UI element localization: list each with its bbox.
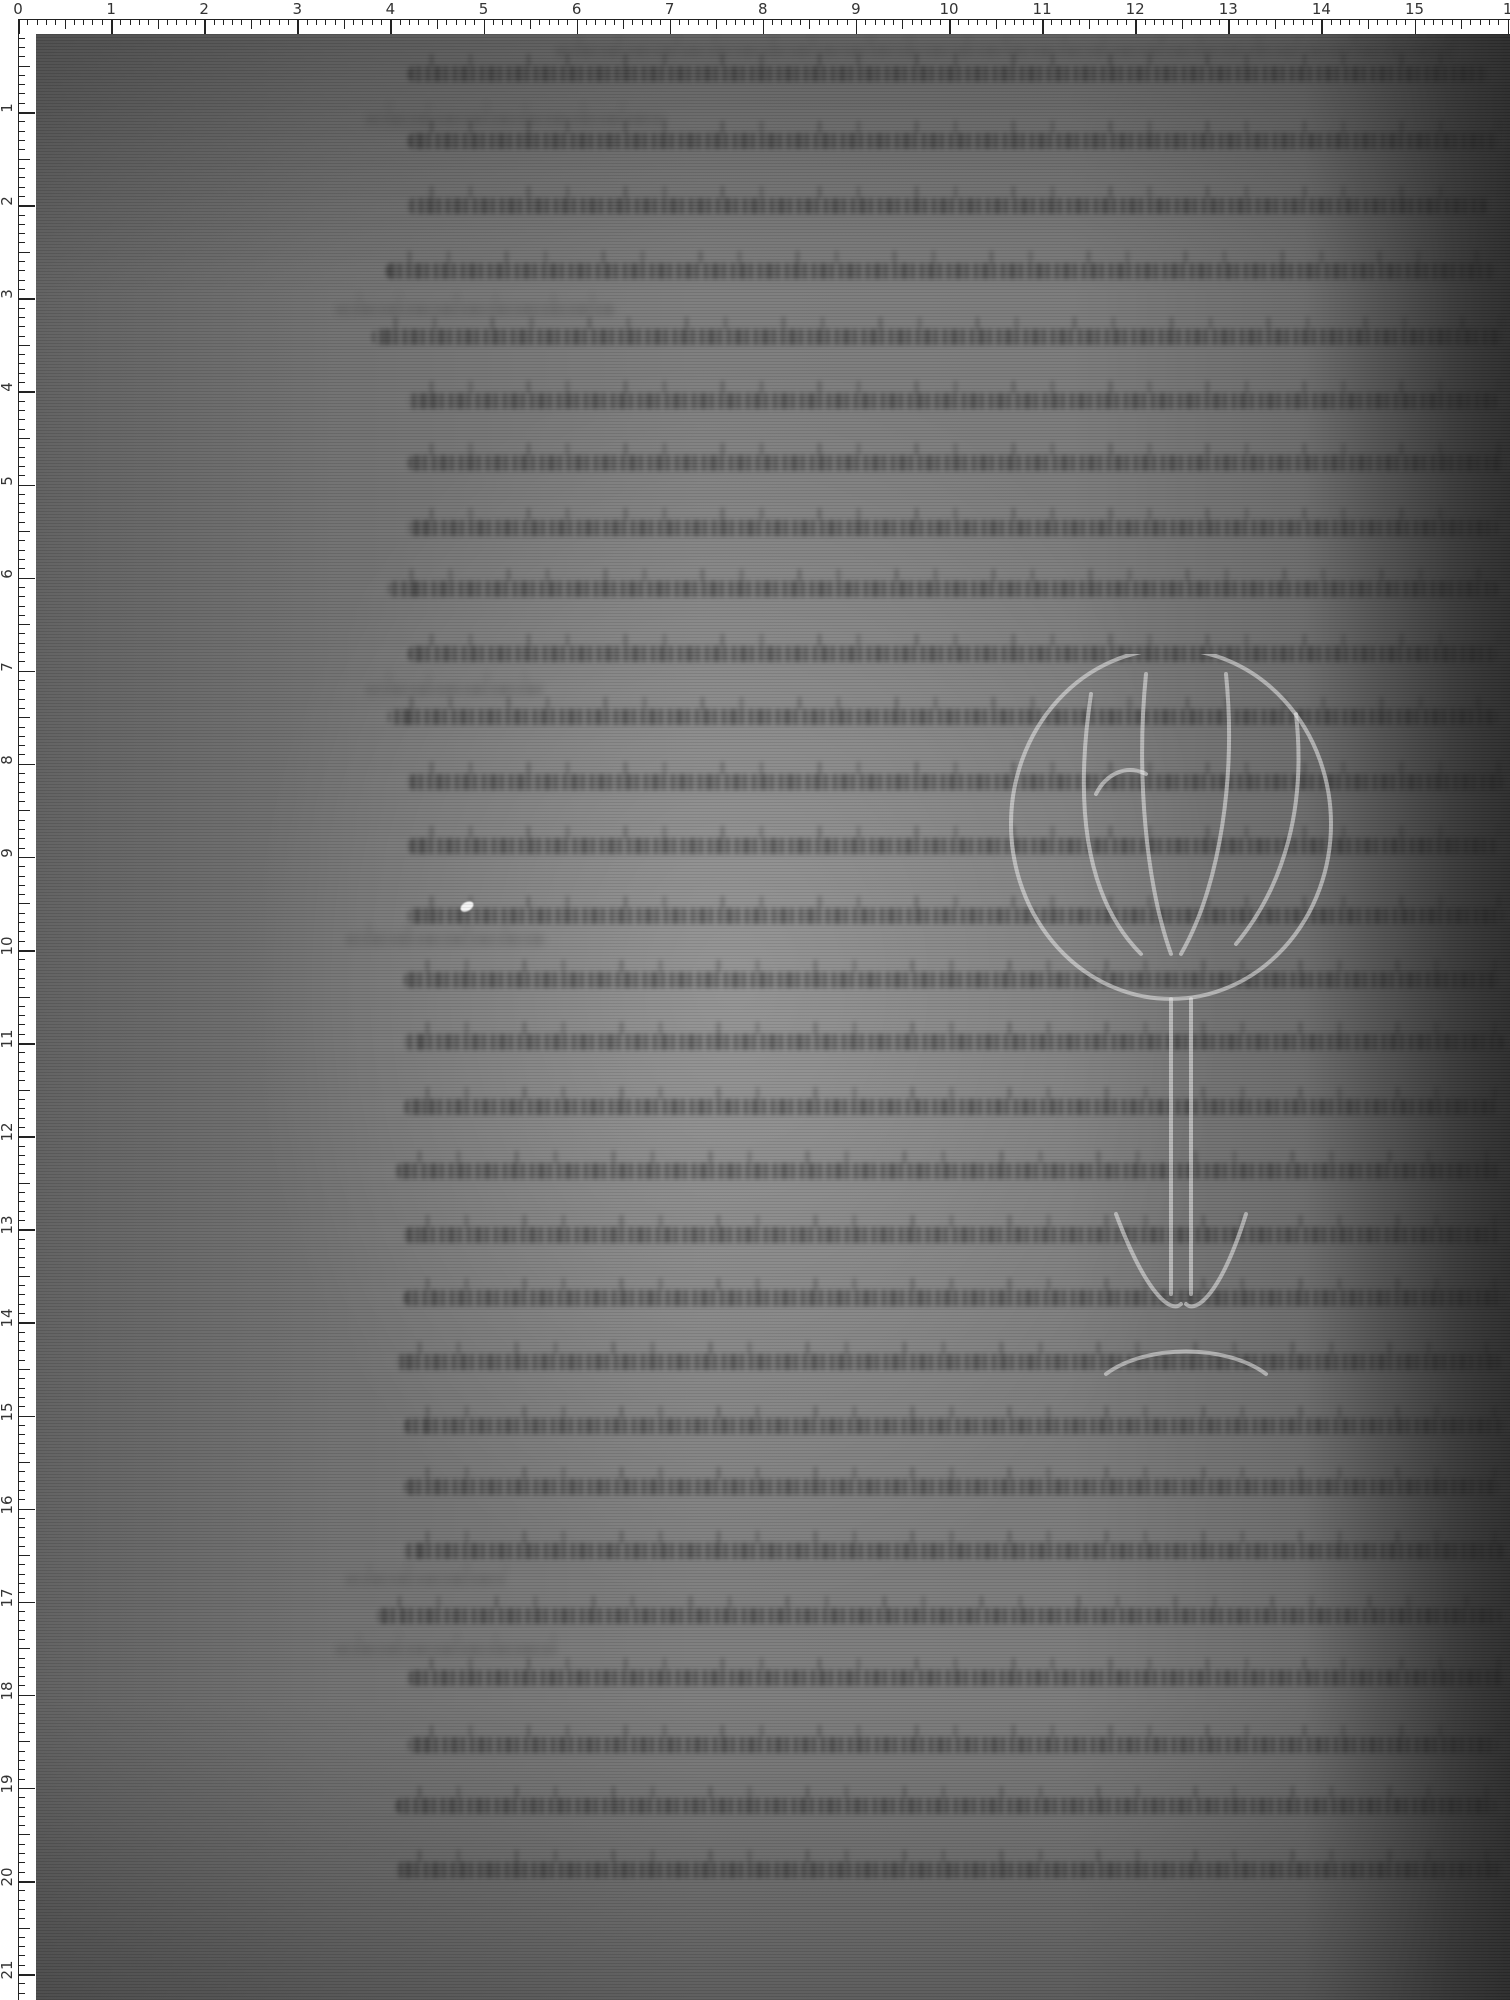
ruler-tick	[1172, 20, 1173, 25]
ruler-tick	[19, 782, 25, 783]
ruler-tick	[1070, 20, 1071, 25]
ruler-tick	[241, 20, 242, 25]
ruler-tick	[1424, 20, 1425, 25]
ruler-tick	[19, 1639, 25, 1640]
ruler-tick	[456, 20, 457, 25]
ruler-tick	[19, 587, 25, 588]
ruler-tick	[19, 1490, 25, 1491]
ruler-tick	[19, 261, 25, 262]
ruler-tick	[19, 829, 25, 830]
ruler-tick	[1079, 20, 1080, 25]
ruler-tick	[19, 978, 25, 979]
ruler-label: 17	[0, 1588, 15, 1607]
ruler-tick	[92, 20, 93, 25]
ruler-tick	[19, 485, 35, 487]
ruler-tick	[19, 1695, 35, 1697]
ruler-tick	[19, 1918, 25, 1919]
ruler-tick	[19, 1732, 25, 1733]
ruler-tick	[921, 20, 922, 25]
ruler-tick	[400, 20, 401, 25]
ruler-tick	[19, 699, 25, 700]
ruler-tick	[19, 475, 25, 476]
ruler-tick	[19, 429, 25, 430]
ruler-label: 13	[0, 1216, 15, 1235]
ruler-tick	[19, 792, 25, 793]
ruler-tick	[1145, 20, 1146, 25]
ruler-tick	[19, 1425, 25, 1426]
ruler-tick	[19, 969, 25, 970]
ruler-tick	[716, 20, 717, 29]
ruler-tick	[605, 20, 606, 25]
ruler-tick	[19, 512, 25, 513]
manuscript-text-line	[408, 455, 1503, 471]
ruler-tick	[1266, 20, 1267, 25]
ruler-tick	[19, 643, 25, 644]
ruler-tick	[19, 1648, 30, 1649]
ruler-tick	[19, 1332, 25, 1333]
ruler-tick	[19, 866, 25, 867]
ruler-tick	[418, 20, 419, 25]
ruler-tick	[19, 1667, 25, 1668]
ruler-tick	[19, 1937, 25, 1938]
ruler-tick	[19, 298, 35, 300]
ruler-tick	[1377, 20, 1378, 25]
ruler-tick	[19, 531, 30, 532]
ruler-tick	[1293, 20, 1294, 25]
ruler-tick	[19, 550, 25, 551]
ruler-tick	[19, 1983, 25, 1984]
ruler-tick	[902, 20, 903, 29]
ruler-tick	[19, 466, 25, 467]
ruler-tick	[1442, 20, 1443, 25]
ruler-label: 14	[0, 1309, 15, 1328]
ruler-tick	[19, 522, 25, 523]
ruler-tick	[1433, 20, 1434, 25]
ruler-tick	[19, 1555, 30, 1556]
ruler-label: 6	[0, 569, 15, 579]
ruler-tick	[232, 20, 233, 25]
ruler-tick	[19, 1723, 25, 1724]
ruler-tick	[19, 391, 35, 393]
ruler-tick	[1396, 20, 1397, 25]
ruler-tick	[19, 1751, 25, 1752]
ruler-tick	[595, 20, 596, 25]
ruler-tick	[19, 1378, 25, 1379]
ruler-tick	[1033, 20, 1034, 25]
ruler-tick	[1014, 20, 1015, 25]
ruler-label: 11	[0, 1030, 15, 1049]
ruler-tick	[753, 20, 754, 25]
ruler-tick	[19, 1928, 30, 1929]
ruler-tick	[1061, 20, 1062, 25]
ruler-tick	[19, 838, 25, 839]
ruler-tick	[19, 624, 30, 625]
ruler-tick	[19, 1788, 35, 1790]
ruler-tick	[19, 615, 25, 616]
ruler-tick	[55, 20, 56, 25]
ruler-tick	[19, 1397, 25, 1398]
ruler-tick	[19, 922, 25, 923]
ruler-tick	[986, 20, 987, 25]
ruler-tick	[19, 1313, 25, 1314]
ruler-tick	[19, 885, 25, 886]
ruler-tick	[19, 1760, 25, 1761]
ruler-tick	[19, 503, 25, 504]
ruler-tick	[19, 1583, 25, 1584]
ruler-tick	[1489, 20, 1490, 25]
manuscript-text-line	[404, 1479, 1499, 1495]
faded-text-line	[336, 304, 616, 316]
ruler-tick	[19, 848, 25, 849]
ruler-tick	[1089, 20, 1090, 29]
ruler-tick	[390, 20, 392, 34]
ruler-tick	[19, 84, 25, 85]
ruler-tick	[530, 20, 531, 29]
ruler-tick	[19, 1713, 25, 1714]
ruler-tick	[19, 401, 25, 402]
ruler-tick	[19, 1118, 25, 1119]
ruler-tick	[19, 1080, 25, 1081]
ruler-tick	[1238, 20, 1239, 25]
ruler-tick	[307, 20, 308, 25]
ruler-tick	[19, 1304, 25, 1305]
ruler-tick	[19, 1183, 30, 1184]
ruler-tick	[819, 20, 820, 25]
ruler-label: 12	[0, 1123, 15, 1142]
ruler-tick	[1275, 20, 1276, 29]
ruler-tick	[19, 1974, 35, 1976]
ruler-tick	[19, 764, 35, 766]
ruler-tick	[1005, 20, 1006, 25]
ruler-tick	[19, 1192, 25, 1193]
ruler-tick	[19, 876, 25, 877]
faded-text-line	[346, 934, 546, 946]
ruler-tick	[19, 1704, 25, 1705]
ruler-tick	[19, 1360, 25, 1361]
ruler-tick	[1126, 20, 1127, 25]
ruler-tick	[1163, 20, 1164, 25]
ruler-tick	[19, 578, 35, 580]
ruler-label: 1	[1503, 2, 1510, 17]
ruler-tick	[19, 1844, 25, 1845]
ruler-tick	[19, 47, 25, 48]
ruler-tick	[511, 20, 512, 25]
ruler-tick	[19, 1285, 25, 1286]
ruler-tick	[614, 20, 615, 25]
ruler-label: 12	[1126, 2, 1145, 17]
ruler-tick	[19, 1471, 25, 1472]
ruler-tick	[502, 20, 503, 25]
ruler-tick	[19, 103, 25, 104]
ruler-tick	[19, 801, 25, 802]
ruler-tick	[1415, 20, 1417, 34]
ruler-label: 6	[572, 2, 582, 17]
ruler-tick	[949, 20, 951, 34]
ruler-tick	[19, 1779, 25, 1780]
ruler-tick	[19, 494, 25, 495]
ruler-label: 10	[939, 2, 958, 17]
faded-text-line	[336, 1644, 556, 1656]
ruler-label: 2	[199, 2, 209, 17]
ruler-tick	[828, 20, 829, 25]
ruler-tick	[19, 336, 25, 337]
ruler-tick	[428, 20, 429, 25]
ruler-tick	[19, 149, 25, 150]
ruler-tick	[19, 1369, 30, 1370]
ruler-tick	[912, 20, 913, 25]
ruler-tick	[19, 1518, 25, 1519]
ruler-tick	[19, 140, 25, 141]
ruler-tick	[27, 20, 28, 25]
ruler-label: 3	[293, 2, 303, 17]
ruler-tick	[875, 20, 876, 25]
ruler-tick	[19, 1220, 25, 1221]
ruler-tick	[1154, 20, 1155, 25]
ruler-tick	[288, 20, 289, 25]
ruler-tick	[660, 20, 661, 25]
ruler-tick	[19, 1146, 25, 1147]
faded-text-line	[366, 684, 546, 696]
manuscript-text-line	[408, 133, 1498, 149]
ruler-tick	[1051, 20, 1052, 25]
ruler-label: 16	[0, 1495, 15, 1514]
ruler-tick	[558, 20, 559, 25]
ruler-tick	[19, 1509, 35, 1511]
ruler-tick	[19, 1090, 30, 1091]
ruler-tick	[856, 20, 858, 34]
ruler-tick	[1498, 20, 1499, 25]
manuscript-scan	[36, 34, 1510, 2000]
ruler-tick	[1321, 20, 1323, 34]
ruler-tick	[1228, 20, 1230, 34]
ruler-tick	[735, 20, 736, 25]
ruler-tick	[19, 1406, 25, 1407]
ruler-tick	[19, 382, 25, 383]
ruler-tick	[19, 773, 25, 774]
ruler-tick	[19, 671, 35, 673]
ruler-tick	[19, 894, 25, 895]
ruler-tick	[493, 20, 494, 25]
ruler-tick	[19, 652, 25, 653]
ruler-tick	[1470, 20, 1471, 25]
ruler-tick	[772, 20, 773, 25]
ruler-tick	[19, 1462, 30, 1463]
ruler-tick	[19, 633, 25, 634]
ruler-tick	[19, 215, 25, 216]
ruler-tick	[19, 93, 25, 94]
ruler-tick	[19, 1909, 25, 1910]
ruler-tick	[586, 20, 587, 25]
ruler-tick	[893, 20, 894, 25]
ruler-tick	[1256, 20, 1257, 25]
ruler-tick	[19, 1499, 25, 1500]
ruler-tick	[223, 20, 224, 25]
ruler-tick	[19, 168, 25, 169]
ruler-tick	[809, 20, 810, 29]
ruler-tick	[19, 1127, 25, 1128]
ruler-tick	[381, 20, 382, 25]
ruler-tick	[37, 20, 38, 25]
ruler-tick	[19, 941, 25, 942]
ruler-tick	[19, 187, 25, 188]
ruler-tick	[19, 931, 25, 932]
ruler-tick	[269, 20, 270, 25]
ruler-label: 10	[0, 936, 15, 955]
ruler-tick	[19, 56, 25, 57]
ruler-tick	[549, 20, 550, 25]
ruler-tick	[19, 66, 30, 67]
ruler-tick	[1331, 20, 1332, 25]
ruler-tick	[19, 913, 25, 914]
ruler-tick	[19, 75, 25, 76]
ruler-tick	[19, 1853, 25, 1854]
ruler-tick	[651, 20, 652, 25]
ruler-tick	[195, 20, 196, 25]
manuscript-text-line	[404, 1227, 1499, 1243]
ruler-tick	[763, 20, 765, 34]
ruler-tick	[409, 20, 410, 25]
ruler-tick	[1135, 20, 1137, 34]
ruler-tick	[19, 354, 25, 355]
ruler-tick	[19, 1443, 25, 1444]
manuscript-text-line	[404, 1034, 1504, 1050]
manuscript-text-line	[408, 198, 1488, 214]
ruler-label: 1	[0, 103, 15, 113]
ruler-tick	[19, 131, 25, 132]
ruler-tick	[1284, 20, 1285, 25]
ruler-tick	[19, 1620, 25, 1621]
ruler-tick	[204, 20, 206, 34]
ruler-tick	[18, 20, 20, 34]
ruler-tick	[186, 20, 187, 25]
ruler-tick	[19, 1676, 25, 1677]
ruler-tick	[19, 205, 35, 207]
ruler-tick	[19, 987, 25, 988]
ruler-tick	[19, 112, 35, 114]
ruler-tick	[19, 1294, 25, 1295]
ruler-tick	[19, 745, 25, 746]
ruler-tick	[958, 20, 959, 25]
ruler-tick	[19, 857, 35, 859]
ruler-tick	[19, 1071, 25, 1072]
manuscript-text-line	[388, 581, 1498, 597]
ruler-tick	[19, 457, 25, 458]
ruler-label: 20	[0, 1867, 15, 1886]
ruler-tick	[1340, 20, 1341, 25]
ruler-tick	[83, 20, 84, 25]
ruler-tick	[1303, 20, 1304, 25]
ruler-tick	[19, 1890, 25, 1891]
manuscript-text-line	[408, 908, 1503, 924]
ruler-tick	[19, 903, 30, 904]
ruler-tick	[19, 708, 25, 709]
ruler-label: 1	[106, 2, 116, 17]
manuscript-text-line	[404, 1290, 1504, 1306]
ruler-tick	[837, 20, 838, 25]
ruler-tick	[158, 20, 159, 29]
ruler-tick	[19, 1099, 25, 1100]
ruler-tick	[19, 1239, 25, 1240]
ruler-tick	[19, 820, 25, 821]
ruler-tick	[19, 1741, 30, 1742]
ruler-tick	[362, 20, 363, 25]
ruler-tick	[260, 20, 261, 25]
ruler-tick	[726, 20, 727, 25]
ruler-tick	[19, 1155, 25, 1156]
ruler-tick	[19, 1955, 25, 1956]
ruler-tick	[111, 20, 113, 34]
ruler-tick	[19, 177, 25, 178]
manuscript-text-line	[408, 774, 1503, 790]
ruler-tick	[577, 20, 579, 34]
ruler-label: 9	[0, 848, 15, 858]
ruler-tick	[791, 20, 792, 25]
ruler-tick	[19, 242, 25, 243]
ruler-tick	[19, 1797, 25, 1798]
ruler-tick	[19, 1611, 25, 1612]
ruler-tick	[1107, 20, 1108, 25]
ruler-tick	[19, 661, 25, 662]
ruler-label: 2	[0, 196, 15, 206]
ruler-tick	[19, 1965, 25, 1966]
ruler-tick	[19, 1564, 25, 1565]
ruler-tick	[968, 20, 969, 25]
ruler-tick	[19, 1816, 25, 1817]
ruler-tick	[1368, 20, 1369, 29]
ruler-tick	[19, 568, 25, 569]
ruler-tick	[19, 950, 35, 952]
ruler-label: 9	[851, 2, 861, 17]
ruler-tick	[19, 410, 25, 411]
ruler-tick	[484, 20, 486, 34]
ruler-tick	[19, 1807, 25, 1808]
ruler-tick	[325, 20, 326, 25]
ruler-label: 0	[13, 2, 23, 17]
ruler-label: 18	[0, 1681, 15, 1700]
ruler-tick	[1508, 20, 1510, 34]
ruler-tick	[19, 1024, 25, 1025]
ruler-label: 19	[0, 1774, 15, 1793]
ruler-label: 8	[0, 755, 15, 765]
ruler-tick	[19, 1434, 25, 1435]
ruler-label: 5	[0, 476, 15, 486]
ruler-tick	[19, 1825, 25, 1826]
ruler-tick	[74, 20, 75, 25]
manuscript-text-line	[386, 263, 1496, 279]
ruler-tick	[353, 20, 354, 25]
ruler-label: 7	[0, 662, 15, 672]
ruler-tick	[167, 20, 168, 25]
manuscript-text-line	[396, 1354, 1501, 1370]
ruler-label: 5	[479, 2, 489, 17]
ruler-tick	[847, 20, 848, 25]
ruler-tick	[19, 754, 25, 755]
ruler-tick	[372, 20, 373, 25]
ruler-tick	[19, 1211, 25, 1212]
ruler-label: 13	[1219, 2, 1238, 17]
ruler-tick	[670, 20, 672, 34]
ruler-tick	[19, 308, 25, 309]
ruler-tick	[19, 1043, 35, 1045]
ruler-label: 11	[1033, 2, 1052, 17]
ruler-tick	[19, 1769, 25, 1770]
ruler-tick	[1210, 20, 1211, 25]
manuscript-text-line	[404, 1099, 1499, 1115]
ruler-tick	[884, 20, 885, 25]
ruler-tick	[19, 810, 30, 811]
ruler-label: 7	[665, 2, 675, 17]
ruler-tick	[446, 20, 447, 25]
